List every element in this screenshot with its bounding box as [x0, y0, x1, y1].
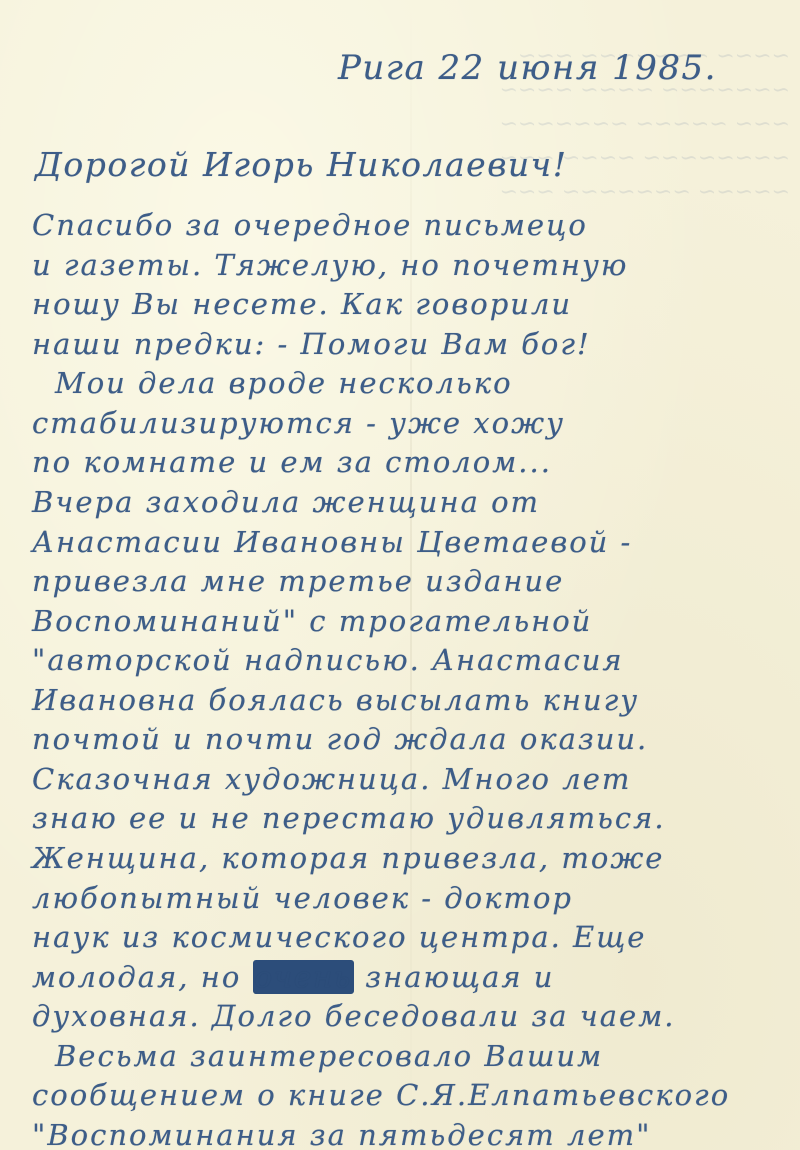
letter-line: Весьма заинтересовало Вашим: [55, 1039, 603, 1073]
letter-line: наук из космического центра. Еще: [32, 920, 646, 954]
letter-line: Спасибо за очередное письмецо: [32, 208, 588, 242]
letter-line: Сказочная художница. Много лет: [32, 762, 631, 796]
letter-line: и газеты. Тяжелую, но почетную: [32, 248, 628, 282]
salutation: Дорогой Игорь Николаевич!: [35, 145, 567, 184]
letter-line: Мои дела вроде несколько: [55, 366, 513, 400]
letter-line: привезла мне третье издание: [32, 564, 564, 598]
letter-line: по комнате и ем за столом...: [32, 445, 552, 479]
place-and-date: Рига 22 июня 1985.: [338, 48, 717, 88]
letter-line: стабилизируются - уже хожу: [32, 406, 565, 440]
letter-line: "авторской надписью. Анастасия: [32, 643, 624, 677]
letter-line: Вчера заходила женщина от: [32, 485, 540, 519]
letter-line: Женщина, которая привезла, тоже: [32, 841, 664, 875]
letter-line: Анастасии Ивановны Цветаевой -: [32, 525, 632, 559]
letter-line: "Воспоминания за пятьдесят лет": [32, 1118, 651, 1150]
letter-line: Ивановна боялась высылать книгу: [32, 683, 639, 717]
letter-line-text: молодая, но: [32, 960, 241, 994]
letter-line: любопытный человек - доктор: [32, 881, 573, 915]
letter-line: почтой и почти год ждала оказии.: [32, 722, 648, 756]
letter-line: духовная. Долго беседовали за чаем.: [32, 999, 675, 1033]
letter-line-with-strikeout: молодая, но очень знающая и: [32, 960, 554, 994]
letter-line: ношу Вы несете. Как говорили: [32, 287, 572, 321]
struck-out-word: очень: [253, 960, 355, 994]
letter-line-text: знающая и: [365, 960, 554, 994]
letter-line: знаю ее и не перестаю удивляться.: [32, 801, 666, 835]
letter-line: Воспоминаний" с трогательной: [32, 604, 592, 638]
letter-line: наши предки: - Помоги Вам бог!: [32, 327, 591, 361]
letter-page: ~~~~ ~~~~~~~ ~~~ ~~~~~~~ ~~~~ ~~~~ ~~~ ~…: [0, 0, 800, 1150]
letter-line: сообщением о книге С.Я.Елпатьевского: [32, 1078, 730, 1112]
